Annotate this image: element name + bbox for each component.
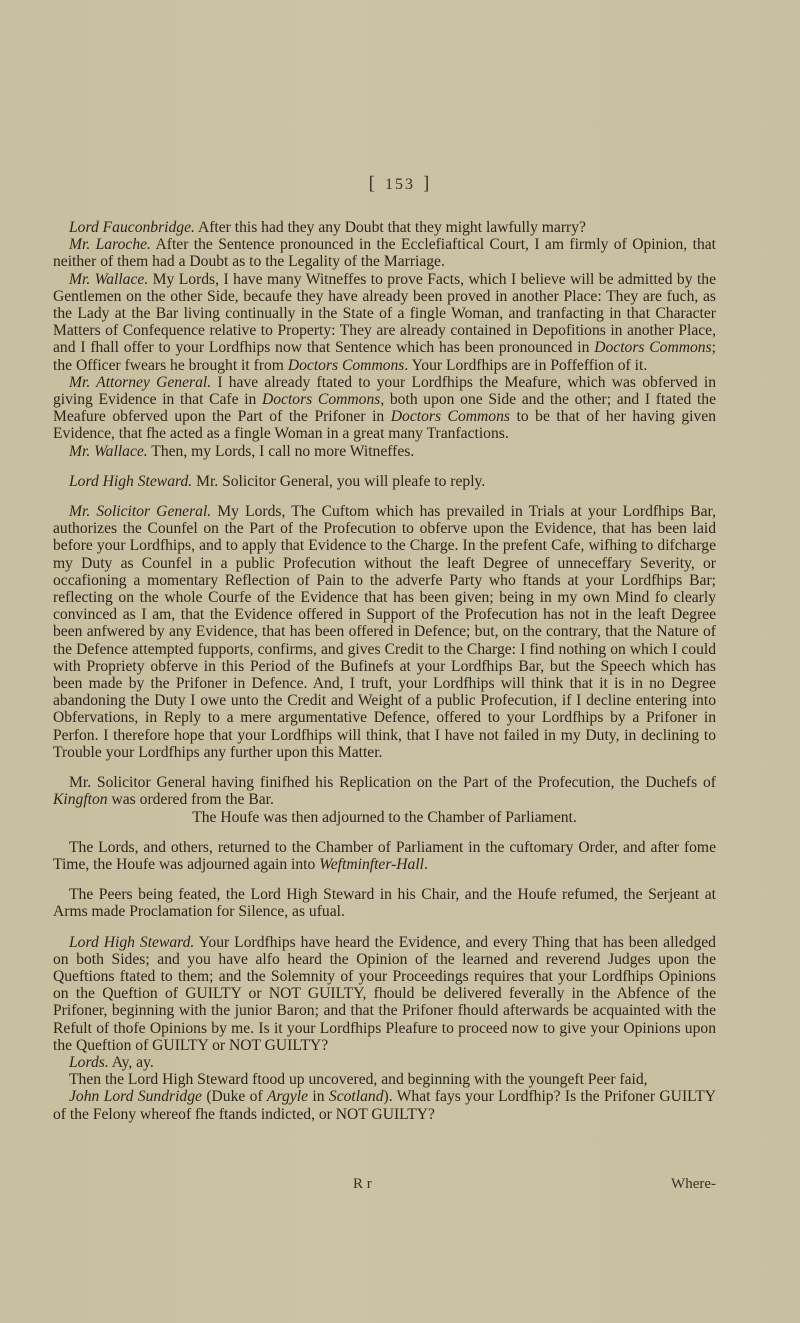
paragraph-lords-reply: Lords. Ay, ay. [53,1054,716,1071]
speech-text: . Your Lordfhips are in Poffeffion of it… [404,357,647,374]
narrative-text: Then the Lord High Steward ftood up unco… [69,1071,648,1088]
speech-text: After this had they any Doubt that they … [195,219,586,236]
bracket-close: ] [423,173,431,194]
spacer [53,761,716,774]
spacer [53,873,716,886]
paragraph-high-steward-2: Lord High Steward. Your Lordfhips have h… [53,934,716,1054]
speech-text: (Duke of [202,1088,267,1105]
speaker-name: Mr. Laroche. [69,236,151,253]
speaker-name: Mr. Wallace. [69,443,148,460]
narrative-text: The Peers being feated, the Lord High St… [53,886,716,920]
narrative-text: Mr. Solicitor General having finifhed hi… [69,774,716,791]
italic-term: Doctors Commons [594,339,711,356]
italic-term: Scotland [329,1088,384,1105]
italic-term: Argyle [267,1088,308,1105]
speaker-name: Mr. Solicitor General. [69,503,211,520]
page-number: [153] [0,173,800,195]
speaker-name: Lord Fauconbridge. [69,219,195,236]
paragraph-high-steward-1: Lord High Steward. Mr. Solicitor General… [53,473,716,490]
bracket-open: [ [369,173,377,194]
speech-text: in [308,1088,329,1105]
paragraph-fauconbridge: Lord Fauconbridge. After this had they a… [53,219,716,236]
italic-term: Doctors Commons [288,357,405,374]
spacer [53,826,716,839]
paragraph-solicitor-general: Mr. Solicitor General. My Lords, The Cuf… [53,503,716,761]
italic-term: Kingfton [53,791,108,808]
paragraph-steward-stood: Then the Lord High Steward ftood up unco… [53,1071,716,1088]
paragraph-lord-sundridge: John Lord Sundridge (Duke of Argyle in S… [53,1088,716,1122]
paragraph-peers-seated: The Peers being feated, the Lord High St… [53,886,716,920]
page-number-value: 153 [385,176,415,193]
speaker-name: John Lord Sundridge [69,1088,202,1105]
signature-mark: R r [353,1176,372,1193]
spacer [53,460,716,473]
speech-text: Your Lordfhips have heard the Evidence, … [53,934,716,1054]
paragraph-replication-finished: Mr. Solicitor General having finifhed hi… [53,774,716,808]
paragraph-laroche: Mr. Laroche. After the Sentence pronounc… [53,236,716,270]
italic-term: Doctors Commons [391,408,510,425]
speech-text: Then, my Lords, I call no more Witneffes… [148,443,415,460]
narrative-text: . [424,856,428,873]
narrative-text: was ordered from the Bar. [108,791,274,808]
speaker-name: Mr. Attorney General. [69,374,211,391]
speaker-name: Lord High Steward. [69,473,192,490]
speaker-name: Lords. [69,1054,109,1071]
speech-text: Ay, ay. [109,1054,154,1071]
italic-term: Doctors Commons [262,391,380,408]
spacer [53,921,716,934]
spacer [53,490,716,503]
paragraph-wallace-2: Mr. Wallace. Then, my Lords, I call no m… [53,443,716,460]
speaker-name: Lord High Steward. [69,934,194,951]
catchword: Where- [671,1176,716,1193]
paragraph-house-adjourned: The Houfe was then adjourned to the Cham… [53,809,716,826]
paragraph-attorney-general: Mr. Attorney General. I have already fta… [53,374,716,443]
body-text: Lord Fauconbridge. After this had they a… [53,219,716,1123]
paragraph-wallace-1: Mr. Wallace. My Lords, I have many Witne… [53,271,716,374]
italic-term: Weftminfter-Hall [319,856,424,873]
speech-text: After the Sentence pronounced in the Ecc… [53,236,716,270]
paragraph-lords-returned: The Lords, and others, returned to the C… [53,839,716,873]
speech-text: Mr. Solicitor General, you will pleafe t… [192,473,485,490]
speech-text: My Lords, The Cuftom which has prevailed… [53,503,716,761]
speaker-name: Mr. Wallace. [69,271,148,288]
